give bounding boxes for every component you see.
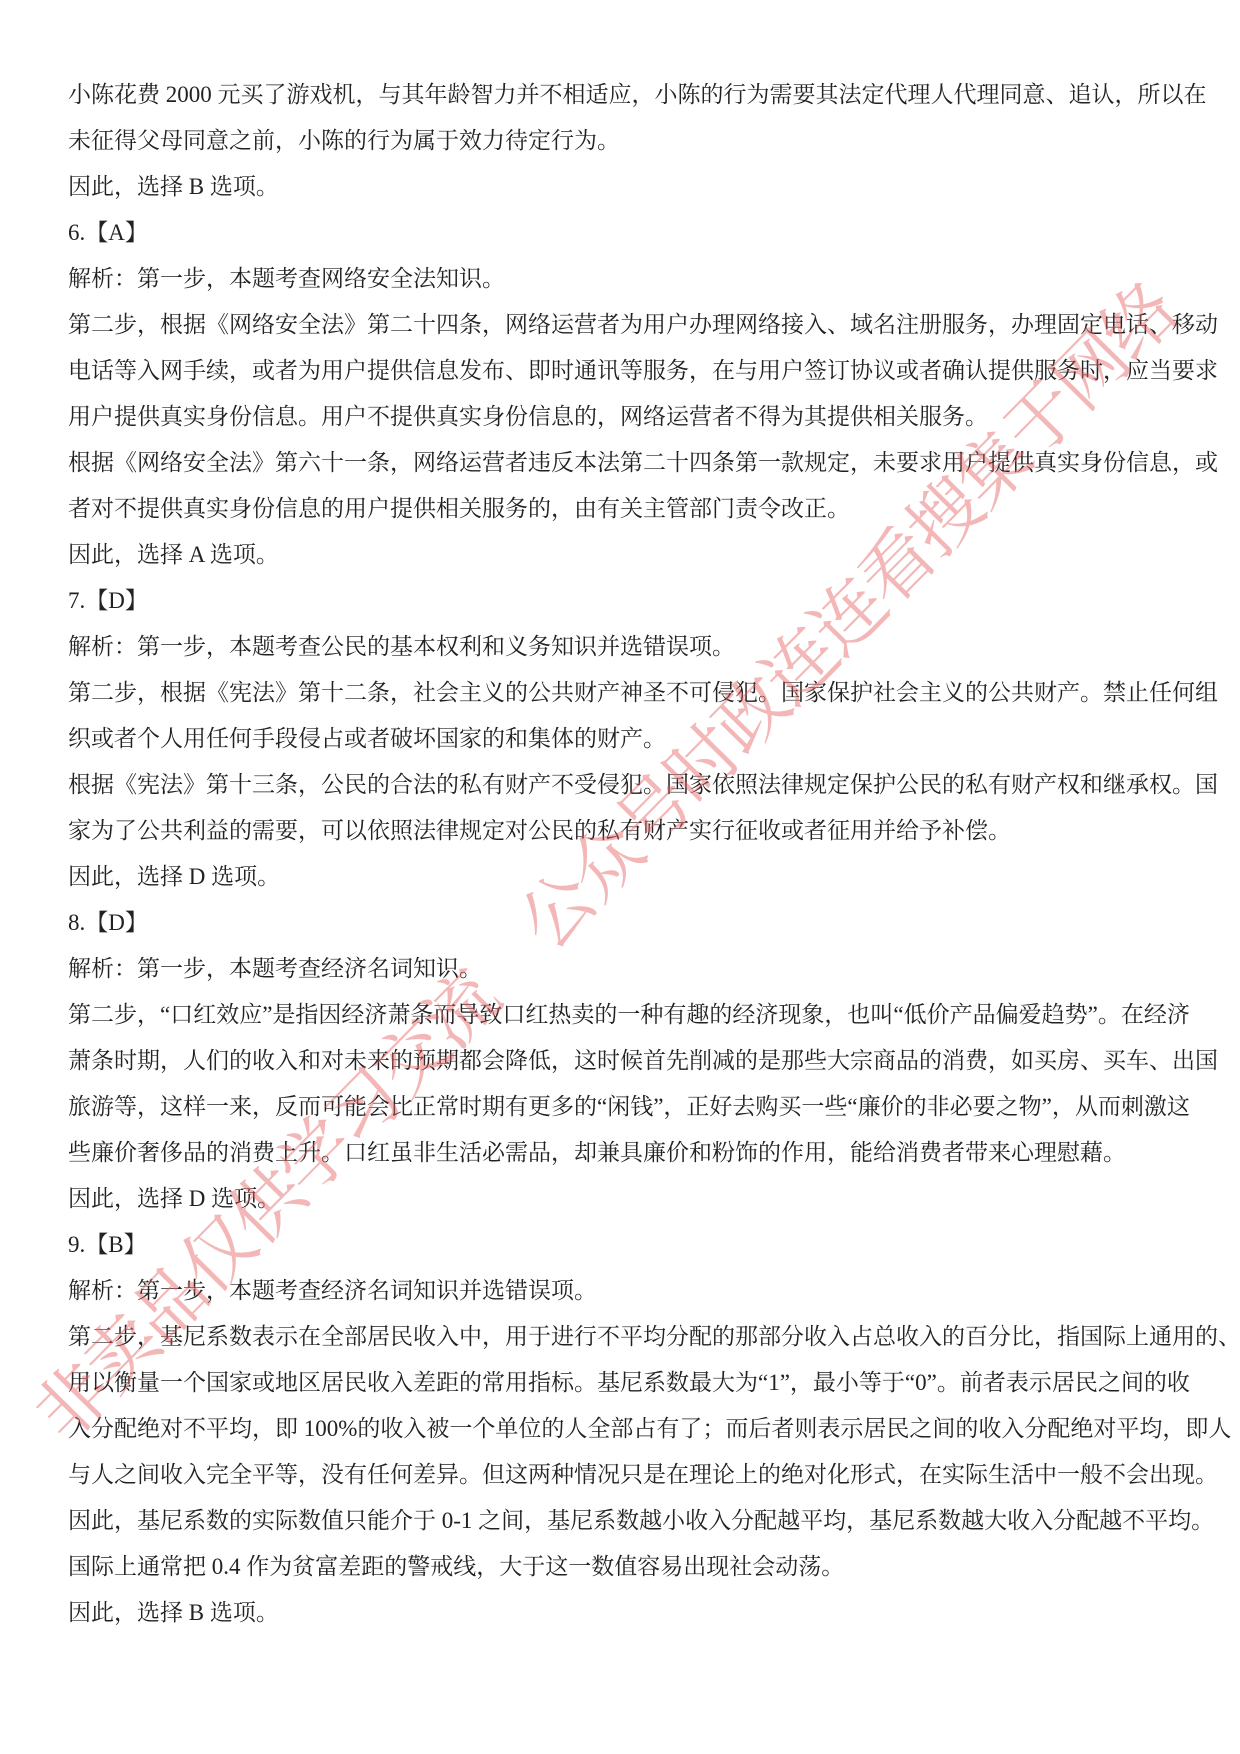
- body-line: 电话等入网手续，或者为用户提供信息发布、即时通讯等服务，在与用户签订协议或者确认…: [68, 348, 1184, 394]
- body-line: 解析：第一步，本题考查网络安全法知识。: [68, 256, 1184, 302]
- body-line: 者对不提供真实身份信息的用户提供相关服务的，由有关主管部门责令改正。: [68, 486, 1184, 532]
- body-line: 用户提供真实身份信息。用户不提供真实身份信息的，网络运营者不得为其提供相关服务。: [68, 394, 1184, 440]
- body-line: 解析：第一步，本题考查经济名词知识。: [68, 946, 1184, 992]
- answer-heading-line: 6.【A】: [68, 210, 1184, 256]
- body-line: 小陈花费 2000 元买了游戏机，与其年龄智力并不相适应，小陈的行为需要其法定代…: [68, 72, 1184, 118]
- answer-heading-line: 7.【D】: [68, 578, 1184, 624]
- body-line: 解析：第一步，本题考查公民的基本权利和义务知识并选错误项。: [68, 624, 1184, 670]
- body-line: 用以衡量一个国家或地区居民收入差距的常用指标。基尼系数最大为“1”，最小等于“0…: [68, 1360, 1184, 1406]
- body-line: 第二步，基尼系数表示在全部居民收入中，用于进行不平均分配的那部分收入占总收入的百…: [68, 1314, 1184, 1360]
- conclusion-line: 因此，选择 A 选项。: [68, 532, 1184, 578]
- body-line: 第二步，“口红效应”是指因经济萧条而导致口红热卖的一种有趣的经济现象，也叫“低价…: [68, 992, 1184, 1038]
- body-line: 因此，基尼系数的实际数值只能介于 0-1 之间，基尼系数越小收入分配越平均，基尼…: [68, 1498, 1184, 1544]
- body-line: 未征得父母同意之前，小陈的行为属于效力待定行为。: [68, 118, 1184, 164]
- body-line: 第二步，根据《网络安全法》第二十四条，网络运营者为用户办理网络接入、域名注册服务…: [68, 302, 1184, 348]
- conclusion-line: 因此，选择 D 选项。: [68, 854, 1184, 900]
- body-line: 国际上通常把 0.4 作为贫富差距的警戒线，大于这一数值容易出现社会动荡。: [68, 1544, 1184, 1590]
- body-line: 根据《宪法》第十三条，公民的合法的私有财产不受侵犯。国家依照法律规定保护公民的私…: [68, 762, 1184, 808]
- body-line: 织或者个人用任何手段侵占或者破坏国家的和集体的财产。: [68, 716, 1184, 762]
- body-line: 第二步，根据《宪法》第十二条，社会主义的公共财产神圣不可侵犯。国家保护社会主义的…: [68, 670, 1184, 716]
- conclusion-line: 因此，选择 D 选项。: [68, 1176, 1184, 1222]
- body-line: 根据《网络安全法》第六十一条，网络运营者违反本法第二十四条第一款规定，未要求用户…: [68, 440, 1184, 486]
- answer-heading-line: 9.【B】: [68, 1222, 1184, 1268]
- document-page: 非卖品仅供学习交流 公众号时政连连看搜集于网络 小陈花费 2000 元买了游戏机…: [0, 0, 1240, 1754]
- conclusion-line: 因此，选择 B 选项。: [68, 164, 1184, 210]
- body-line: 旅游等，这样一来，反而可能会比正常时期有更多的“闲钱”，正好去购买一些“廉价的非…: [68, 1084, 1184, 1130]
- answer-heading-line: 8.【D】: [68, 900, 1184, 946]
- body-line: 解析：第一步，本题考查经济名词知识并选错误项。: [68, 1268, 1184, 1314]
- body-line: 家为了公共利益的需要，可以依照法律规定对公民的私有财产实行征收或者征用并给予补偿…: [68, 808, 1184, 854]
- answer-explanations-text: 小陈花费 2000 元买了游戏机，与其年龄智力并不相适应，小陈的行为需要其法定代…: [68, 72, 1184, 1636]
- conclusion-line: 因此，选择 B 选项。: [68, 1590, 1184, 1636]
- body-line: 些廉价奢侈品的消费上升。口红虽非生活必需品，却兼具廉价和粉饰的作用，能给消费者带…: [68, 1130, 1184, 1176]
- body-line: 萧条时期，人们的收入和对未来的预期都会降低，这时候首先削减的是那些大宗商品的消费…: [68, 1038, 1184, 1084]
- body-line: 与人之间收入完全平等，没有任何差异。但这两种情况只是在理论上的绝对化形式，在实际…: [68, 1452, 1184, 1498]
- body-line: 入分配绝对不平均，即 100%的收入被一个单位的人全部占有了；而后者则表示居民之…: [68, 1406, 1184, 1452]
